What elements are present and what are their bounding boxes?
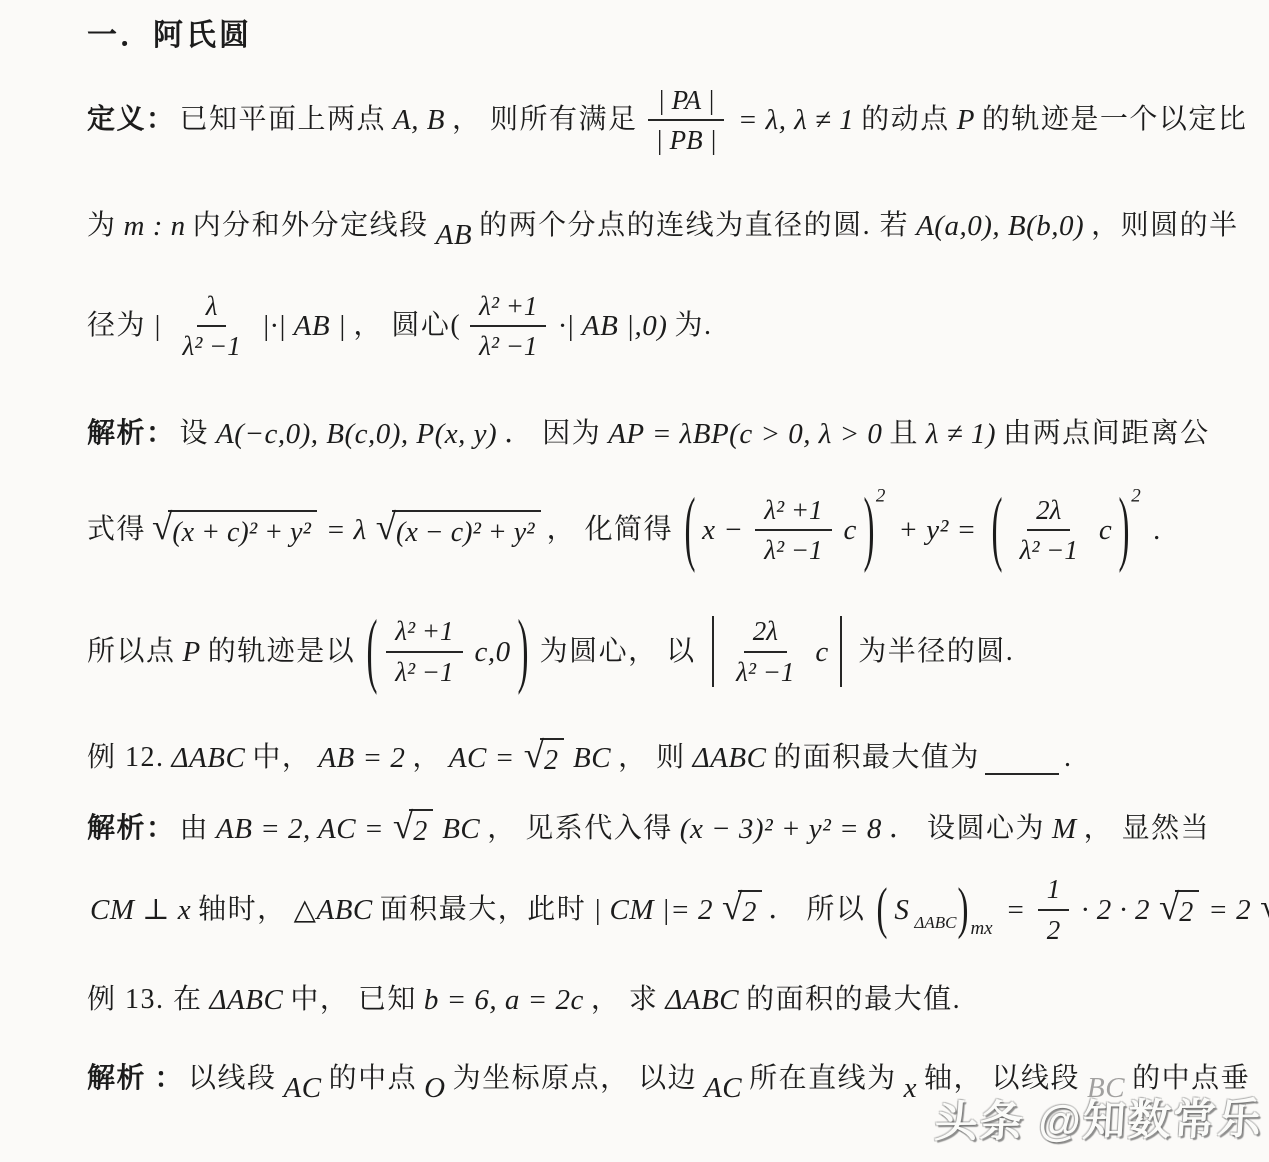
text-run: 所在直线为 [747, 1059, 899, 1099]
numerator: | PA | [648, 83, 723, 121]
math-run: AB = 2 [313, 738, 410, 778]
right-paren-icon: ) [1117, 488, 1132, 572]
left-paren-icon: ( [682, 488, 697, 572]
sqrt-expression: √2 [722, 890, 762, 930]
math-run: M [1047, 809, 1082, 849]
text-run: 定义： [85, 100, 178, 140]
math-run: ΔABC [167, 738, 251, 778]
text-run: 的面积的最大值. [744, 980, 963, 1020]
math-run: λ ≠ 1) [921, 414, 1001, 454]
subscript: mx [970, 919, 992, 938]
exponent: 2 [1131, 487, 1141, 506]
math-run: ΔABC [688, 738, 772, 778]
numerator: λ [197, 289, 227, 327]
example-12: 例 12.ΔABC中，AB = 2，AC =√2BC， 则ΔABC的面积最大值为… [85, 738, 1209, 778]
left-paren-icon: ( [365, 610, 380, 694]
text-run: ， 见系代入得 [485, 809, 675, 849]
math-run: |·| AB | [257, 306, 352, 346]
math-run: A, B [388, 100, 450, 140]
abs-bar-icon [840, 616, 843, 687]
paren-group: (2λλ² −1c)2 [990, 493, 1141, 568]
answer-blank [985, 741, 1059, 775]
math-run: . [1149, 510, 1167, 550]
sqrt-expression: √(x − c)² + y² [376, 510, 541, 550]
sqrt-expression: √2 [393, 809, 433, 849]
example-12-analysis-line-1: 解析：由AB = 2, AC =√2BC， 见系代入得(x − 3)² + y²… [85, 809, 1209, 849]
math-run: AC [279, 1068, 327, 1108]
fraction: λ² +1λ² −1 [386, 614, 462, 689]
text-run: 已知平面上两点 [178, 100, 389, 140]
text-run: 为圆心， 以 [538, 632, 698, 672]
text-run: 的两个分点的连线为直径的圆. 若 [477, 206, 911, 246]
radicand: (x + c)² + y² [168, 510, 317, 550]
text-run: 的轨迹是一个以定比 [980, 100, 1250, 140]
text-run: 解析： [85, 809, 178, 849]
text-run: 式得 [85, 510, 148, 550]
math-run: = λ, λ ≠ 1 [733, 100, 859, 140]
radical-icon: √ [393, 808, 413, 847]
text-run: 面积最大，此时 [378, 890, 589, 930]
math-run: AB = 2, AC = [211, 809, 389, 849]
left-paren-icon: ( [989, 488, 1004, 572]
abs-group: 2λλ² −1c [706, 614, 849, 689]
text-run: 为. [672, 306, 714, 346]
text-run: 径为 [85, 306, 148, 346]
text-run: 为半径的圆. [856, 632, 1016, 672]
fraction: λ² +1λ² −1 [470, 289, 546, 364]
math-run: c [839, 510, 862, 550]
radical-icon: √ [722, 889, 742, 928]
denominator: 2 [1038, 911, 1070, 947]
text-run: 解析： [85, 414, 178, 454]
math-run: AP = λBP(c > 0, λ > 0 [603, 414, 887, 454]
math-run: P [952, 100, 980, 140]
text-run: 中， 已知 [288, 980, 419, 1020]
text-run: 一．阿氏圆 [85, 16, 254, 56]
text-run: . [1062, 738, 1075, 778]
sqrt-expression: √(x + c)² + y² [152, 510, 317, 550]
math-run: △ABC [289, 890, 378, 930]
abs-bar-icon [712, 616, 715, 687]
document-page: 一．阿氏圆 定义：已知平面上两点A, B， 则所有满足| PA || PB |=… [0, 0, 1269, 1162]
math-run: c [1094, 510, 1117, 550]
text-run: 为 [85, 206, 119, 246]
math-run: P [178, 632, 206, 672]
fraction: 12 [1038, 872, 1070, 947]
text-run: ， 圆心( [351, 306, 463, 346]
definition-analysis-line-3: 所以点P的轨迹是以(λ² +1λ² −1c,0)为圆心， 以2λλ² −1c为半… [85, 614, 1209, 689]
numerator: λ² +1 [755, 493, 831, 531]
denominator: λ² −1 [1011, 531, 1087, 567]
fraction: 2λλ² −1 [727, 614, 803, 689]
radical-icon: √ [1159, 889, 1179, 928]
text-run: 以线段 [186, 1059, 279, 1099]
text-run: 所以点 [85, 632, 178, 672]
numerator: λ² +1 [386, 614, 462, 652]
text-run: 的面积最大值为 [771, 738, 982, 778]
text-run: 为坐标原点， 以边 [451, 1059, 700, 1099]
math-run: AB [431, 215, 477, 255]
numerator: 2λ [744, 614, 787, 652]
section-title: 一．阿氏圆 [85, 16, 1209, 56]
text-run: ， 求 [589, 980, 661, 1020]
math-run: S [889, 890, 914, 930]
text-run: 例 13. 在 [85, 980, 205, 1020]
text-run: ， [410, 738, 444, 778]
math-run: c [810, 632, 833, 672]
math-run: ΔABC [660, 980, 744, 1020]
math-run: x − [697, 510, 748, 550]
math-run: | [148, 306, 166, 346]
right-paren-icon: ) [515, 610, 530, 694]
right-paren-icon: ) [861, 488, 876, 572]
text-run: 由 [178, 809, 212, 849]
watermark: 头条 @知数常乐 [933, 1085, 1265, 1149]
text-run: 内分和外分定线段 [191, 206, 431, 246]
text-run: 例 12. [85, 738, 167, 778]
text-run: ， 化简得 [545, 510, 676, 550]
text-run: 且 [887, 414, 921, 454]
paren-group: (SΔABC)mx [875, 890, 992, 930]
right-paren-icon: ) [956, 881, 971, 938]
definition-analysis-line-1: 解析：设A(−c,0), B(c,0), P(x, y)． 因为AP = λBP… [85, 414, 1209, 454]
radical-icon: √ [376, 509, 396, 548]
math-run: O [419, 1068, 450, 1108]
paren-group: (λ² +1λ² −1c,0) [365, 614, 529, 689]
text-run: 的轨迹是以 [206, 632, 358, 672]
math-run: = [1001, 890, 1031, 930]
text-run: 由两点间距离公 [1001, 414, 1212, 454]
left-paren-icon: ( [875, 881, 890, 938]
text-run: 的动点 [859, 100, 952, 140]
math-run: c,0 [470, 632, 516, 672]
text-run: ， 则所有满足 [450, 100, 640, 140]
fraction: λ² +1λ² −1 [755, 493, 831, 568]
denominator: λ² −1 [386, 653, 462, 689]
text-run: 中， [250, 738, 313, 778]
fraction: | PA || PB | [646, 83, 725, 158]
math-run: ΔABC [205, 980, 289, 1020]
denominator: λ² −1 [755, 531, 831, 567]
text-run: 轴时， [196, 890, 289, 930]
text-run: ． 因为 [502, 414, 603, 454]
sqrt-expression: √2 [1159, 890, 1199, 930]
text-run: ， 则 [616, 738, 688, 778]
radical-icon: √ [524, 737, 544, 776]
definition-analysis-line-2: 式得√(x + c)² + y²= λ√(x − c)² + y²， 化简得(x… [85, 493, 1209, 568]
text-run: ， 显然当 [1082, 809, 1213, 849]
math-run: x [899, 1068, 922, 1108]
numerator: 2λ [1027, 493, 1070, 531]
fraction: 2λλ² −1 [1011, 493, 1087, 568]
radicand: (x − c)² + y² [392, 510, 541, 550]
text-run: 解析 ： [85, 1059, 186, 1099]
example-12-analysis-line-2: CM ⊥ x轴时，△ABC面积最大，此时| CM |= 2√2． 所以(SΔAB… [85, 872, 1209, 947]
math-run: = 2 [1203, 890, 1256, 930]
radical-icon: √ [1260, 889, 1269, 928]
definition-line-2: 为m : n内分和外分定线段AB的两个分点的连线为直径的圆. 若A(a,0), … [85, 206, 1209, 246]
math-run: BC [437, 809, 485, 849]
math-run: CM ⊥ x [85, 890, 196, 930]
math-run: · 2 · 2 [1076, 890, 1155, 930]
text-run: 的中点 [327, 1059, 420, 1099]
text-run: ． 所以 [766, 890, 867, 930]
text-run: ，则圆的半 [1089, 206, 1241, 246]
denominator: | PB | [646, 121, 725, 157]
exponent: 2 [876, 487, 886, 506]
denominator: λ² −1 [174, 327, 250, 363]
sqrt-expression: √2 [1260, 890, 1269, 930]
math-run: AC [699, 1068, 747, 1108]
numerator: λ² +1 [470, 289, 546, 327]
math-run: A(−c,0), B(c,0), P(x, y) [211, 414, 502, 454]
math-run: m : n [119, 206, 191, 246]
math-run: (x − 3)² + y² = 8 [675, 809, 887, 849]
math-run: A(a,0), B(b,0) [911, 206, 1089, 246]
definition-line-1: 定义：已知平面上两点A, B， 则所有满足| PA || PB |= λ, λ … [85, 83, 1209, 158]
example-13: 例 13. 在ΔABC中， 已知b = 6, a = 2c， 求ΔABC的面积的… [85, 980, 1209, 1020]
text-run: ． 设圆心为 [887, 809, 1047, 849]
paren-group: (x −λ² +1λ² −1c)2 [683, 493, 885, 568]
numerator: 1 [1038, 872, 1070, 910]
math-run: AC = [444, 738, 520, 778]
math-run: b = 6, a = 2c [419, 980, 589, 1020]
subscript-run: ΔABC [914, 913, 956, 933]
math-run: | CM |= 2 [588, 890, 718, 930]
math-run: + y² = [893, 510, 981, 550]
math-run: = λ [321, 510, 372, 550]
fraction: λλ² −1 [174, 289, 250, 364]
text-run: 设 [178, 414, 212, 454]
math-run: BC [568, 738, 616, 778]
definition-line-3: 径为|λλ² −1|·| AB |， 圆心(λ² +1λ² −1·| AB |,… [85, 289, 1209, 364]
sqrt-expression: √2 [524, 738, 564, 778]
denominator: λ² −1 [727, 653, 803, 689]
radical-icon: √ [152, 509, 172, 548]
math-run: ·| AB |,0) [553, 306, 672, 346]
denominator: λ² −1 [470, 327, 546, 363]
